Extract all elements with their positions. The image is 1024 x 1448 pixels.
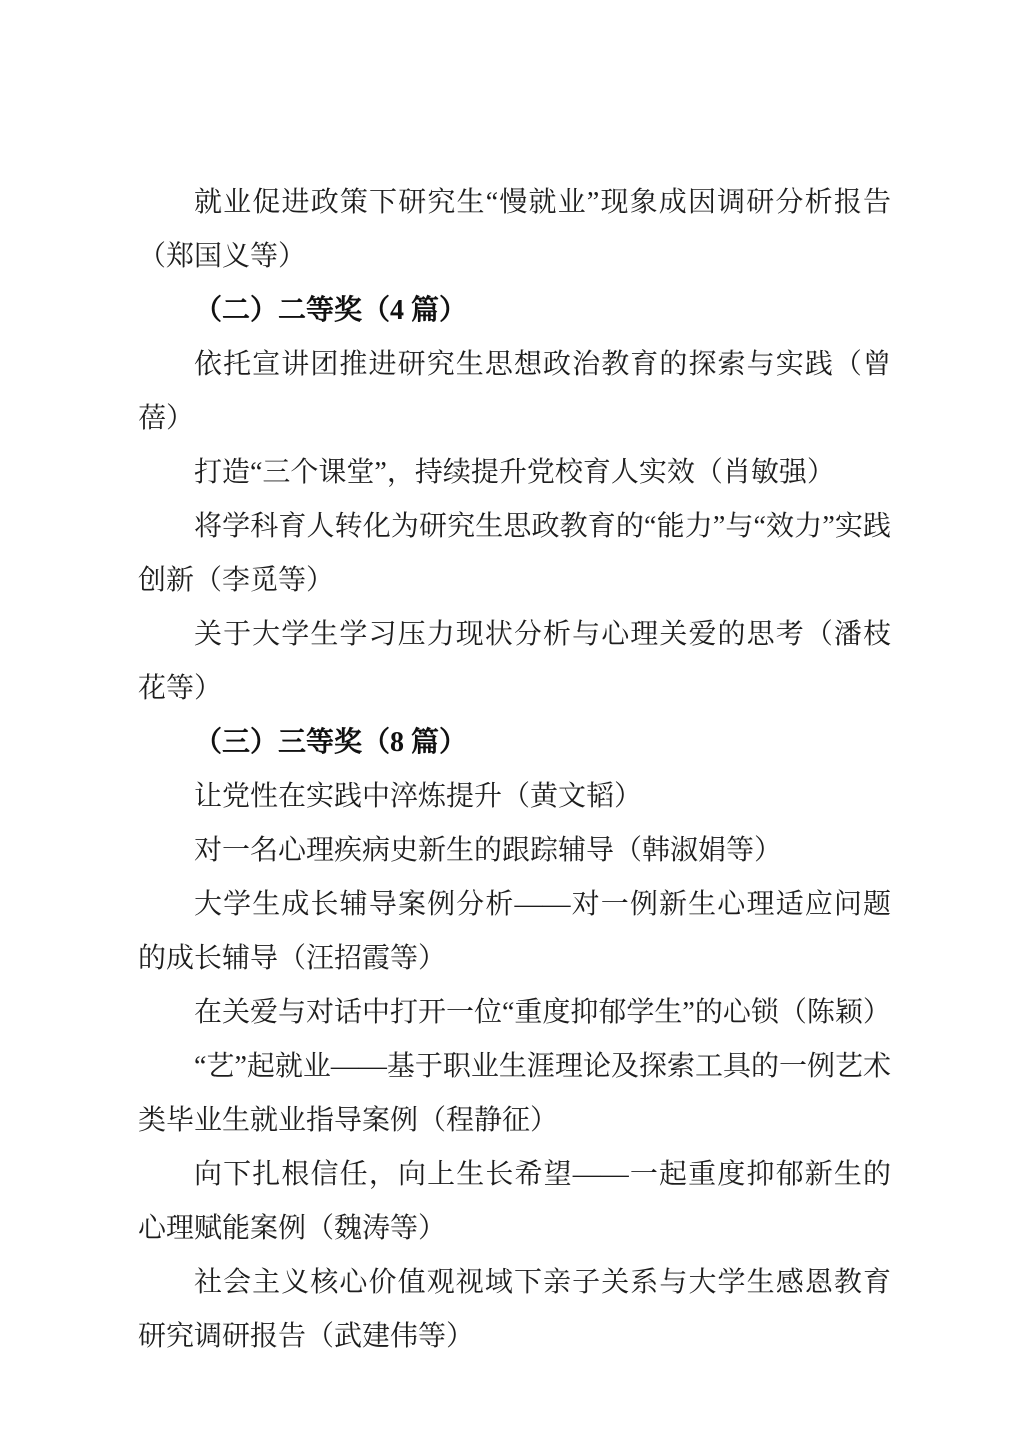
- award-item: “艺”起就业——基于职业生涯理论及探索工具的一例艺术类毕业生就业指导案例（程静征…: [138, 1040, 891, 1148]
- section-heading-third-prize: （三）三等奖（8 篇）: [138, 716, 891, 770]
- award-item: 向下扎根信任，向上生长希望——一起重度抑郁新生的心理赋能案例（魏涛等）: [138, 1148, 891, 1256]
- award-item: 对一名心理疾病史新生的跟踪辅导（韩淑娟等）: [138, 824, 891, 878]
- award-item: 大学生成长辅导案例分析——对一例新生心理适应问题的成长辅导（汪招霞等）: [138, 878, 891, 986]
- document-text-block: 就业促进政策下研究生“慢就业”现象成因调研分析报告（郑国义等） （二）二等奖（4…: [138, 176, 891, 1364]
- award-item: 依托宣讲团推进研究生思想政治教育的探索与实践（曾蓓）: [138, 338, 891, 446]
- section-heading-second-prize: （二）二等奖（4 篇）: [138, 284, 891, 338]
- award-item: 让党性在实践中淬炼提升（黄文韬）: [138, 770, 891, 824]
- award-item: 社会主义核心价值观视域下亲子关系与大学生感恩教育研究调研报告（武建伟等）: [138, 1256, 891, 1364]
- award-item: 将学科育人转化为研究生思政教育的“能力”与“效力”实践创新（李觅等）: [138, 500, 891, 608]
- award-item: 关于大学生学习压力现状分析与心理关爱的思考（潘枝花等）: [138, 608, 891, 716]
- award-item: 就业促进政策下研究生“慢就业”现象成因调研分析报告（郑国义等）: [138, 176, 891, 284]
- award-item: 在关爱与对话中打开一位“重度抑郁学生”的心锁（陈颖）: [138, 986, 891, 1040]
- document-page: 就业促进政策下研究生“慢就业”现象成因调研分析报告（郑国义等） （二）二等奖（4…: [0, 0, 1024, 1448]
- award-item: 打造“三个课堂”，持续提升党校育人实效（肖敏强）: [138, 446, 891, 500]
